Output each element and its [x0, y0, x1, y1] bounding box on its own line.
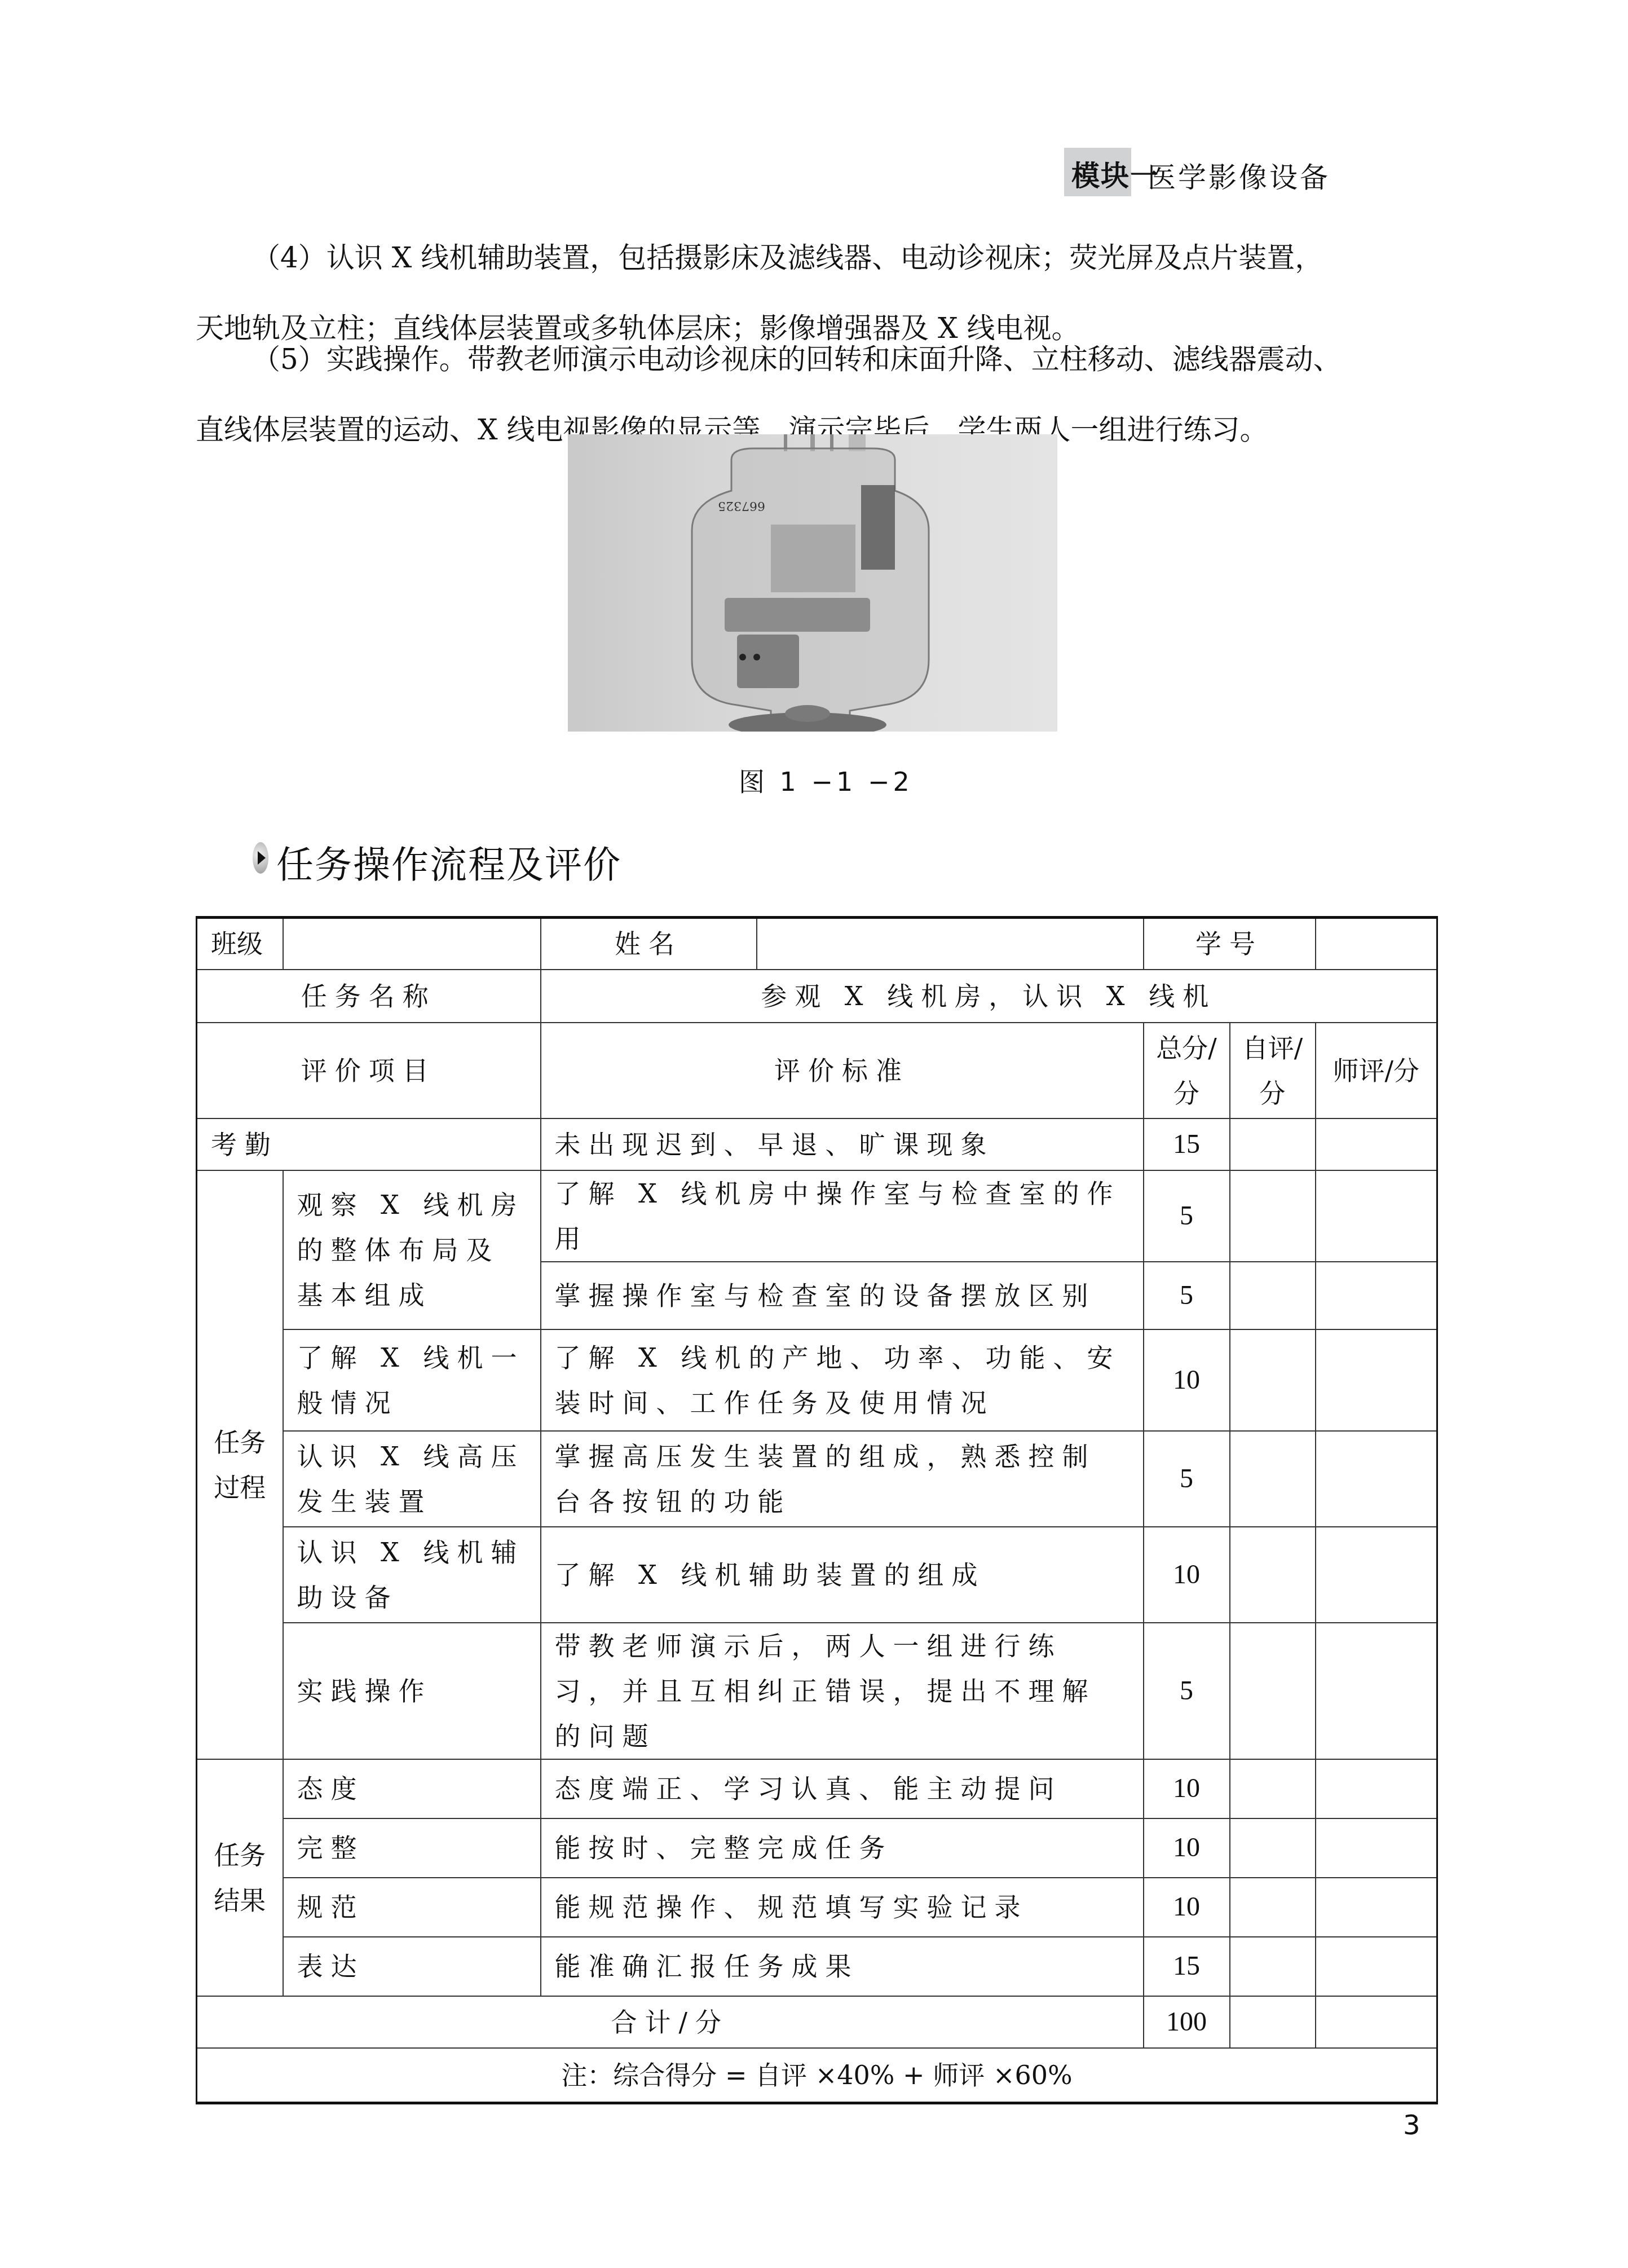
process-row: 了解 X 线机一般情况 了解 X 线机的产地、功率、功能、安装时间、工作任务及使… — [197, 1329, 1437, 1431]
module-tag: 模块一 — [1071, 153, 1159, 194]
result-row: 完整 能按时、完整完成任务 10 — [197, 1818, 1437, 1878]
header-item: 评价项目 — [197, 1023, 541, 1118]
figure-caption: 图 1 −1 −2 — [739, 761, 913, 799]
self-score-field[interactable] — [1230, 1878, 1316, 1937]
paragraph-line: （5）实践操作。带教老师演示电动诊视床的回转和床面升降、立柱移动、滤线器震动、 — [196, 324, 1436, 395]
total-score: 15 — [1144, 1118, 1230, 1170]
name-field[interactable] — [757, 918, 1144, 970]
criteria-text: 未出现迟到、早退、旷课现象 — [541, 1118, 1144, 1170]
teacher-score-field[interactable] — [1316, 1818, 1437, 1878]
criteria-text: 能按时、完整完成任务 — [541, 1818, 1144, 1878]
item-label: 表达 — [283, 1937, 541, 1996]
self-score-field[interactable] — [1230, 1623, 1316, 1759]
criteria-text: 带教老师演示后，两人一组进行练习，并且互相纠正错误，提出不理解的问题 — [541, 1623, 1144, 1759]
process-row: 任务过程 观察 X 线机房的整体布局及基本组成 了解 X 线机房中操作室与检查室… — [197, 1170, 1437, 1262]
self-score-field[interactable] — [1230, 1527, 1316, 1623]
section-title: 任务操作流程及评价 — [276, 835, 621, 888]
module-title: 医学影像设备 — [1148, 155, 1330, 196]
teacher-score-field[interactable] — [1316, 1118, 1437, 1170]
criteria-text: 了解 X 线机的产地、功率、功能、安装时间、工作任务及使用情况 — [541, 1329, 1144, 1431]
total-score: 5 — [1144, 1262, 1230, 1329]
total-label: 合计/分 — [197, 1996, 1144, 2048]
total-score: 10 — [1144, 1878, 1230, 1937]
criteria-text: 了解 X 线机房中操作室与检查室的作用 — [541, 1170, 1144, 1262]
score-formula-note: 注：综合得分 = 自评 ×40% + 师评 ×60% — [197, 2048, 1437, 2103]
class-field[interactable] — [283, 918, 541, 970]
self-score-sum-field[interactable] — [1230, 1996, 1316, 2048]
self-score-field[interactable] — [1230, 1170, 1316, 1262]
teacher-score-field[interactable] — [1316, 1623, 1437, 1759]
teacher-score-field[interactable] — [1316, 1878, 1437, 1937]
teacher-score-field[interactable] — [1316, 1527, 1437, 1623]
attendance-row: 考勤 未出现迟到、早退、旷课现象 15 — [197, 1118, 1437, 1170]
task-name-label: 任务名称 — [197, 970, 541, 1023]
teacher-score-sum-field[interactable] — [1316, 1996, 1437, 2048]
item-label: 完整 — [283, 1818, 541, 1878]
item-label: 认识 X 线高压发生装置 — [283, 1431, 541, 1527]
criteria-text: 能规范操作、规范填写实验记录 — [541, 1878, 1144, 1937]
total-score: 10 — [1144, 1527, 1230, 1623]
total-score: 10 — [1144, 1818, 1230, 1878]
header-criteria: 评价标准 — [541, 1023, 1144, 1118]
total-score: 15 — [1144, 1937, 1230, 1996]
criteria-text: 掌握操作室与检查室的设备摆放区别 — [541, 1262, 1144, 1329]
total-row: 合计/分 100 — [197, 1996, 1437, 2048]
student-id-label: 学号 — [1144, 918, 1316, 970]
result-row: 规范 能规范操作、规范填写实验记录 10 — [197, 1878, 1437, 1937]
criteria-text: 了解 X 线机辅助装置的组成 — [541, 1527, 1144, 1623]
item-label: 认识 X 线机辅助设备 — [283, 1527, 541, 1623]
item-label: 态度 — [283, 1759, 541, 1818]
total-score: 10 — [1144, 1759, 1230, 1818]
self-score-field[interactable] — [1230, 1937, 1316, 1996]
teacher-score-field[interactable] — [1316, 1262, 1437, 1329]
student-id-field[interactable] — [1316, 918, 1437, 970]
self-score-field[interactable] — [1230, 1118, 1316, 1170]
info-row: 班级 姓名 学号 — [197, 918, 1437, 970]
xray-tube-photo: 667325 — [568, 434, 1057, 732]
self-score-field[interactable] — [1230, 1431, 1316, 1527]
task-name-row: 任务名称 参观 X 线机房，认识 X 线机 — [197, 970, 1437, 1023]
teacher-score-field[interactable] — [1316, 1329, 1437, 1431]
evaluation-table: 班级 姓名 学号 任务名称 参观 X 线机房，认识 X 线机 评价项目 评价标准… — [196, 916, 1438, 2104]
teacher-score-field[interactable] — [1316, 1937, 1437, 1996]
total-score: 10 — [1144, 1329, 1230, 1431]
group-label-result: 任务结果 — [197, 1759, 283, 1996]
teacher-score-field[interactable] — [1316, 1431, 1437, 1527]
teacher-score-field[interactable] — [1316, 1170, 1437, 1262]
process-row: 实践操作 带教老师演示后，两人一组进行练习，并且互相纠正错误，提出不理解的问题 … — [197, 1623, 1437, 1759]
process-row: 认识 X 线高压发生装置 掌握高压发生装置的组成，熟悉控制台各按钮的功能 5 — [197, 1431, 1437, 1527]
group-label-process: 任务过程 — [197, 1170, 283, 1759]
criteria-text: 态度端正、学习认真、能主动提问 — [541, 1759, 1144, 1818]
teacher-score-field[interactable] — [1316, 1759, 1437, 1818]
paragraph-line: （4）认识 X 线机辅助装置，包括摄影床及滤线器、电动诊视床；荧光屏及点片装置， — [196, 223, 1436, 293]
item-label: 实践操作 — [283, 1623, 541, 1759]
header-row: 评价项目 评价标准 总分/分 自评/分 师评/分 — [197, 1023, 1437, 1118]
item-label: 考勤 — [197, 1118, 541, 1170]
total-score: 5 — [1144, 1170, 1230, 1262]
item-label: 规范 — [283, 1878, 541, 1937]
self-score-field[interactable] — [1230, 1818, 1316, 1878]
header-self: 自评/分 — [1230, 1023, 1316, 1118]
criteria-text: 掌握高压发生装置的组成，熟悉控制台各按钮的功能 — [541, 1431, 1144, 1527]
xray-tube-illustration: 667325 — [568, 434, 1057, 732]
name-label: 姓名 — [541, 918, 757, 970]
process-row: 认识 X 线机辅助设备 了解 X 线机辅助装置的组成 10 — [197, 1527, 1437, 1623]
task-name-value: 参观 X 线机房，认识 X 线机 — [541, 970, 1437, 1023]
header-total: 总分/分 — [1144, 1023, 1230, 1118]
self-score-field[interactable] — [1230, 1759, 1316, 1818]
svg-text:667325: 667325 — [718, 499, 765, 513]
result-row: 表达 能准确汇报任务成果 15 — [197, 1937, 1437, 1996]
note-row: 注：综合得分 = 自评 ×40% + 师评 ×60% — [197, 2048, 1437, 2103]
self-score-field[interactable] — [1230, 1329, 1316, 1431]
play-bullet-icon — [253, 842, 268, 874]
self-score-field[interactable] — [1230, 1262, 1316, 1329]
page-number: 3 — [1403, 2110, 1420, 2141]
class-label: 班级 — [197, 918, 283, 970]
item-label: 观察 X 线机房的整体布局及基本组成 — [283, 1170, 541, 1329]
header-teacher: 师评/分 — [1316, 1023, 1437, 1118]
item-label: 了解 X 线机一般情况 — [283, 1329, 541, 1431]
total-score: 5 — [1144, 1623, 1230, 1759]
total-score: 5 — [1144, 1431, 1230, 1527]
total-score-sum: 100 — [1144, 1996, 1230, 2048]
criteria-text: 能准确汇报任务成果 — [541, 1937, 1144, 1996]
result-row: 任务结果 态度 态度端正、学习认真、能主动提问 10 — [197, 1759, 1437, 1818]
